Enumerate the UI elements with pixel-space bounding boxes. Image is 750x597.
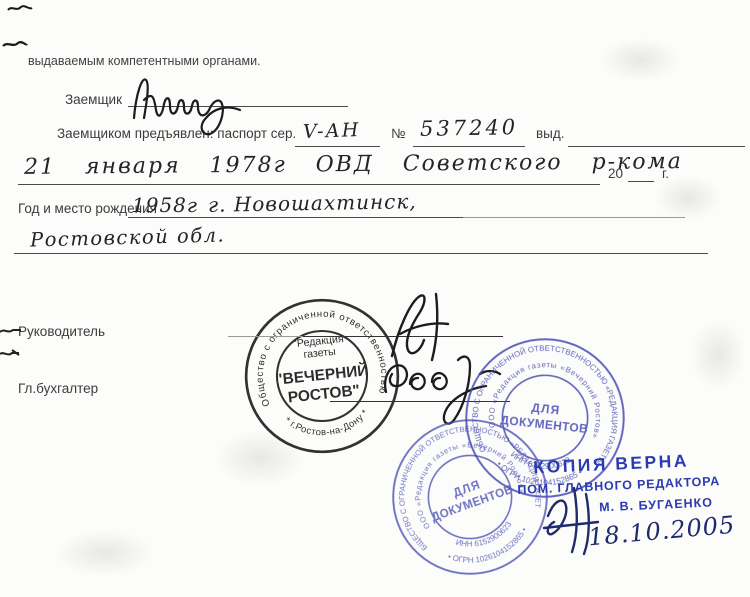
scan-artifact — [0, 326, 22, 336]
copy-certification-name: М. В. БУГАЕНКО — [599, 495, 713, 514]
paper-smudge — [600, 38, 680, 82]
black-stamp-center-line2: газеты — [303, 346, 336, 361]
birth-region-handwritten: Ростовской обл. — [30, 223, 226, 251]
scan-artifact — [7, 4, 33, 14]
certification-signature — [534, 482, 612, 558]
borrower-label: Заемщик — [65, 92, 122, 107]
region-line — [14, 253, 708, 254]
birth-place-handwritten: г. Новошахтинск, — [208, 189, 417, 217]
number-sign: № — [391, 126, 405, 141]
issuer-handwritten: 21 января 1978г ОВД Советского р-кома — [24, 149, 683, 180]
passport-number-handwritten: 537240 — [420, 115, 519, 141]
birth-year-handwritten: 1958г — [132, 193, 198, 217]
scan-artifact — [0, 348, 20, 359]
issued-line — [568, 146, 745, 147]
passport-series-handwritten: V-АН — [303, 119, 361, 143]
head-sign-line-start — [228, 336, 306, 337]
issued-label: выд. — [536, 126, 565, 141]
accountant-label: Гл.бухгалтер — [18, 381, 98, 396]
document-scan: выдаваемым компетентными органами. Заемщ… — [0, 0, 750, 597]
head-label: Руководитель — [18, 324, 105, 339]
blue-stamp-center-line1: ДЛЯ — [531, 401, 561, 418]
svg-text:• ОГРН 1026104152865 •: • ОГРН 1026104152865 • — [444, 524, 534, 576]
scan-artifact — [2, 39, 28, 50]
borrower-signature — [122, 66, 272, 138]
birth-line — [128, 217, 463, 218]
series-line — [295, 146, 380, 147]
paper-smudge — [55, 530, 155, 576]
paper-smudge — [690, 320, 746, 390]
paper-smudge — [655, 175, 721, 221]
issuer-line — [18, 184, 600, 185]
number-line — [413, 146, 525, 147]
blue-stamp-center-line2: ДОКУМЕНТОВ — [500, 413, 589, 436]
year-line — [628, 181, 654, 182]
birth-line-cont — [463, 217, 685, 218]
blue-stamp2-ring-outer-bottom: • ОГРН 1026104152865 • — [444, 524, 534, 576]
